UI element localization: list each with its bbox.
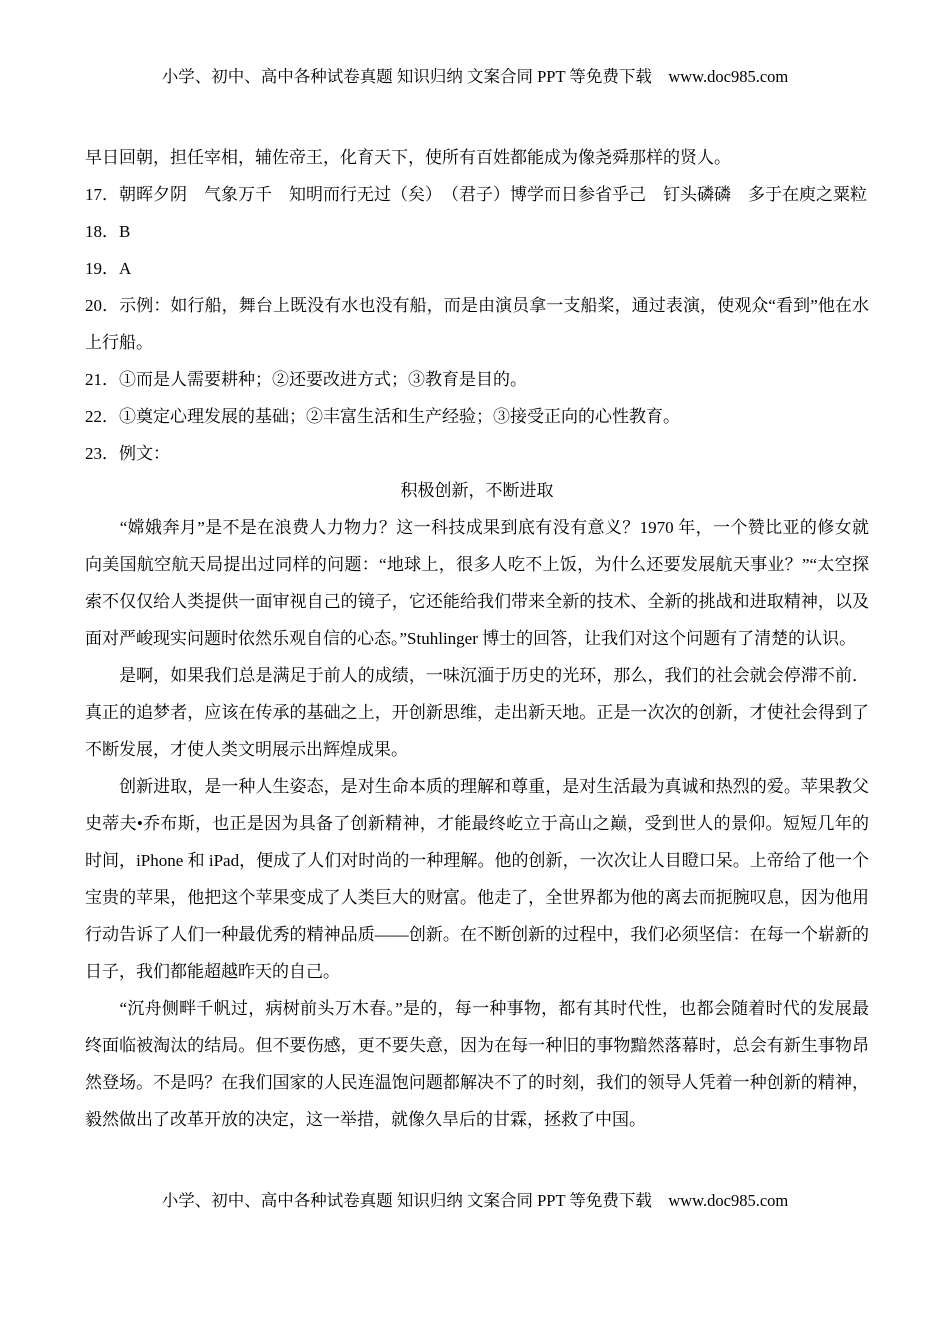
answer-sheet-content: 早日回朝，担任宰相，辅佐帝王，化育天下，使所有百姓都能成为像尧舜那样的贤人。 1…	[85, 139, 869, 1138]
answer-line-22: 22．①奠定心理发展的基础；②丰富生活和生产经验；③接受正向的心性教育。	[85, 398, 869, 435]
essay-title: 积极创新，不断进取	[85, 472, 869, 509]
answer-line-20: 20．示例：如行船，舞台上既没有水也没有船，而是由演员拿一支船桨，通过表演，使观…	[85, 287, 869, 361]
essay-paragraph-2: 是啊，如果我们总是满足于前人的成绩，一味沉湎于历史的光环，那么，我们的社会就会停…	[85, 657, 869, 768]
site-watermark-footer: 小学、初中、高中各种试卷真题 知识归纳 文案合同 PPT 等免费下载 www.d…	[0, 1190, 950, 1212]
answer-16-continuation: 早日回朝，担任宰相，辅佐帝王，化育天下，使所有百姓都能成为像尧舜那样的贤人。	[85, 139, 869, 176]
answer-line-19: 19．A	[85, 250, 869, 287]
essay-paragraph-3: 创新进取，是一种人生姿态，是对生命本质的理解和尊重，是对生活最为真诚和热烈的爱。…	[85, 768, 869, 990]
essay-paragraph-1: “嫦娥奔月”是不是在浪费人力物力？这一科技成果到底有没有意义？1970 年，一个…	[85, 509, 869, 657]
site-watermark-header: 小学、初中、高中各种试卷真题 知识归纳 文案合同 PPT 等免费下载 www.d…	[0, 66, 950, 88]
answer-line-21: 21．①而是人需要耕种；②还要改进方式；③教育是目的。	[85, 361, 869, 398]
document-page: 小学、初中、高中各种试卷真题 知识归纳 文案合同 PPT 等免费下载 www.d…	[0, 0, 950, 1344]
answer-line-18: 18．B	[85, 213, 869, 250]
answer-line-23: 23．例文：	[85, 435, 869, 472]
essay-paragraph-4: “沉舟侧畔千帆过，病树前头万木春。”是的，每一种事物，都有其时代性，也都会随着时…	[85, 990, 869, 1138]
answer-line-17: 17．朝晖夕阴 气象万千 知明而行无过（矣） （君子）博学而日参省乎己 钉头磷磷…	[85, 176, 869, 213]
